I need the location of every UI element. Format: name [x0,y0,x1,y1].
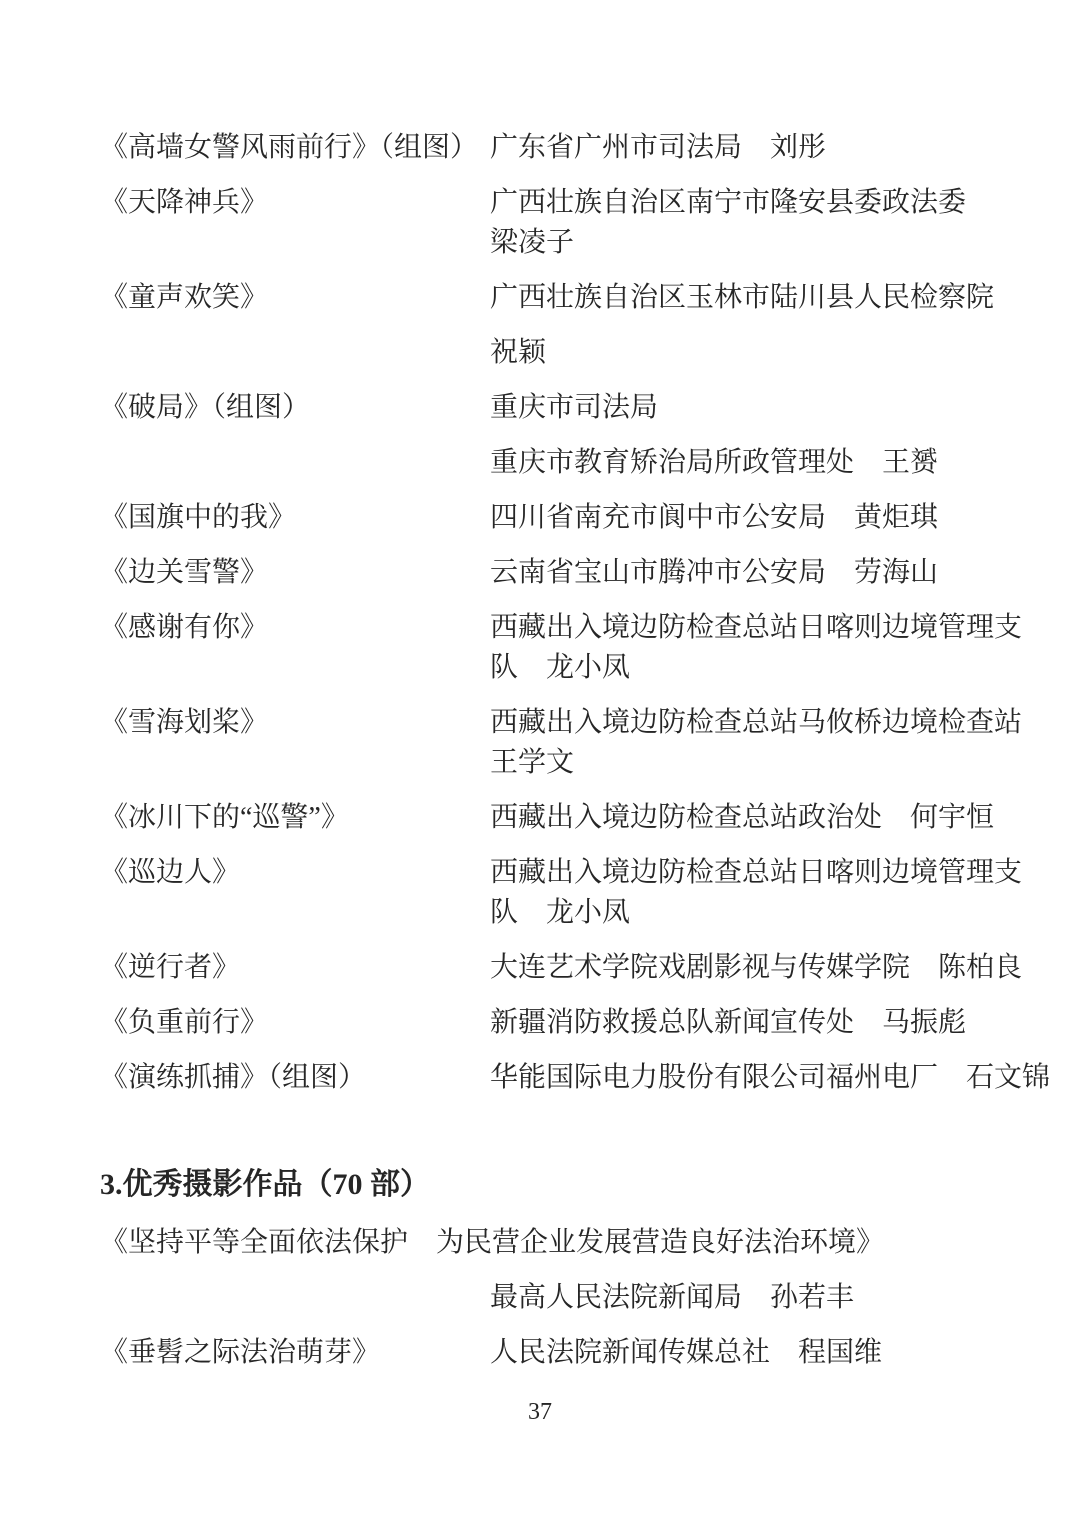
award-entry: 《演练抓捕》（组图） 华能国际电力股份有限公司福州电厂 石文锦 [100,1058,1020,1098]
org-affiliation-line: 云南省宝山市腾冲市公安局 劳海山 [490,553,1020,593]
org-column: 广西壮族自治区玉林市陆川县人民检察院 祝颖 [490,278,1020,373]
work-title: 《坚持平等全面依法保护 为民营企业发展营造良好法治环境》 [100,1223,1020,1263]
award-entry: 《天降神兵》 广西壮族自治区南宁市隆安县委政法委 梁凌子 [100,183,1020,263]
org-column: 大连艺术学院戏剧影视与传媒学院 陈柏良 [490,948,1020,988]
work-title: 《破局》（组图） [100,388,490,483]
work-title: 《冰川下的“巡警”》 [100,798,490,838]
org-affiliation-line: 重庆市教育矫治局所政管理处 王赟 [490,443,1020,483]
award-entry: 《童声欢笑》 广西壮族自治区玉林市陆川县人民检察院 祝颖 [100,278,1020,373]
award-entry: 《感谢有你》 西藏出入境边防检查总站日喀则边境管理支 队 龙小凤 [100,608,1020,688]
org-affiliation-line: 广东省广州市司法局 刘彤 [490,128,1020,168]
award-entry: 《垂髫之际法治萌芽》 人民法院新闻传媒总社 程国维 [100,1333,1020,1373]
org-affiliation-line: 西藏出入境边防检查总站政治处 何宇恒 [490,798,1020,838]
work-title: 《巡边人》 [100,853,490,933]
org-column: 华能国际电力股份有限公司福州电厂 石文锦 [490,1058,1020,1098]
org-affiliation-line: 最高人民法院新闻局 孙若丰 [490,1278,1020,1318]
org-affiliation-line: 华能国际电力股份有限公司福州电厂 石文锦 [490,1058,1020,1098]
org-column: 云南省宝山市腾冲市公安局 劳海山 [490,553,1020,593]
org-column: 西藏出入境边防检查总站马攸桥边境检查站 王学文 [490,703,1020,783]
org-affiliation-line: 队 龙小凤 [490,893,1020,933]
award-entry: 《高墙女警风雨前行》（组图） 广东省广州市司法局 刘彤 [100,128,1020,168]
work-title: 《天降神兵》 [100,183,490,263]
work-title: 《高墙女警风雨前行》（组图） [100,128,490,168]
work-title: 《童声欢笑》 [100,278,490,373]
org-column: 广西壮族自治区南宁市隆安县委政法委 梁凌子 [490,183,1020,263]
award-entry: 《国旗中的我》 四川省南充市阆中市公安局 黄炬琪 [100,498,1020,538]
org-column: 新疆消防救援总队新闻宣传处 马振彪 [490,1003,1020,1043]
org-column: 人民法院新闻传媒总社 程国维 [490,1333,1020,1373]
award-entry: 《巡边人》 西藏出入境边防检查总站日喀则边境管理支 队 龙小凤 [100,853,1020,933]
work-title: 《雪海划桨》 [100,703,490,783]
org-affiliation-line: 西藏出入境边防检查总站马攸桥边境检查站 [490,703,1020,743]
org-affiliation-line: 西藏出入境边防检查总站日喀则边境管理支 [490,608,1020,648]
document-page: 《高墙女警风雨前行》（组图） 广东省广州市司法局 刘彤 《天降神兵》 广西壮族自… [0,0,1080,1527]
award-entry: 《雪海划桨》 西藏出入境边防检查总站马攸桥边境检查站 王学文 [100,703,1020,783]
page-number: 37 [0,1396,1080,1428]
org-affiliation-line: 重庆市司法局 [490,388,1020,428]
award-list: 《高墙女警风雨前行》（组图） 广东省广州市司法局 刘彤 《天降神兵》 广西壮族自… [0,0,1080,1373]
org-column: 西藏出入境边防检查总站日喀则边境管理支 队 龙小凤 [490,608,1020,688]
work-title: 《演练抓捕》（组图） [100,1058,490,1098]
org-affiliation-line: 祝颖 [490,333,1020,373]
org-affiliation-line: 人民法院新闻传媒总社 程国维 [490,1333,1020,1373]
org-column: 最高人民法院新闻局 孙若丰 [490,1278,1020,1318]
award-entry: 《冰川下的“巡警”》 西藏出入境边防检查总站政治处 何宇恒 [100,798,1020,838]
work-title: 《垂髫之际法治萌芽》 [100,1333,490,1373]
org-column: 西藏出入境边防检查总站日喀则边境管理支 队 龙小凤 [490,853,1020,933]
org-affiliation-line: 王学文 [490,743,1020,783]
award-entry: 《逆行者》 大连艺术学院戏剧影视与传媒学院 陈柏良 [100,948,1020,988]
org-affiliation-line: 四川省南充市阆中市公安局 黄炬琪 [490,498,1020,538]
award-entry: 《坚持平等全面依法保护 为民营企业发展营造良好法治环境》 [100,1223,1020,1263]
org-affiliation-line: 队 龙小凤 [490,648,1020,688]
org-indent-spacer [100,1278,490,1318]
org-column: 广东省广州市司法局 刘彤 [490,128,1020,168]
org-column: 四川省南充市阆中市公安局 黄炬琪 [490,498,1020,538]
award-entry: 《破局》（组图） 重庆市司法局 重庆市教育矫治局所政管理处 王赟 [100,388,1020,483]
work-title: 《逆行者》 [100,948,490,988]
award-entry: 《负重前行》 新疆消防救援总队新闻宣传处 马振彪 [100,1003,1020,1043]
org-affiliation-line: 梁凌子 [490,223,1020,263]
org-column: 西藏出入境边防检查总站政治处 何宇恒 [490,798,1020,838]
org-affiliation-line: 广西壮族自治区南宁市隆安县委政法委 [490,183,1020,223]
org-affiliation-line: 新疆消防救援总队新闻宣传处 马振彪 [490,1003,1020,1043]
work-title: 《负重前行》 [100,1003,490,1043]
award-entry: 《边关雪警》 云南省宝山市腾冲市公安局 劳海山 [100,553,1020,593]
org-column: 重庆市司法局 重庆市教育矫治局所政管理处 王赟 [490,388,1020,483]
org-affiliation-line: 大连艺术学院戏剧影视与传媒学院 陈柏良 [490,948,1020,988]
work-title: 《边关雪警》 [100,553,490,593]
work-title: 《感谢有你》 [100,608,490,688]
org-affiliation-line: 西藏出入境边防检查总站日喀则边境管理支 [490,853,1020,893]
work-title: 《国旗中的我》 [100,498,490,538]
section-heading: 3.优秀摄影作品（70 部） [100,1163,1020,1207]
org-affiliation-line: 广西壮族自治区玉林市陆川县人民检察院 [490,278,1020,318]
award-entry: 最高人民法院新闻局 孙若丰 [100,1278,1020,1318]
